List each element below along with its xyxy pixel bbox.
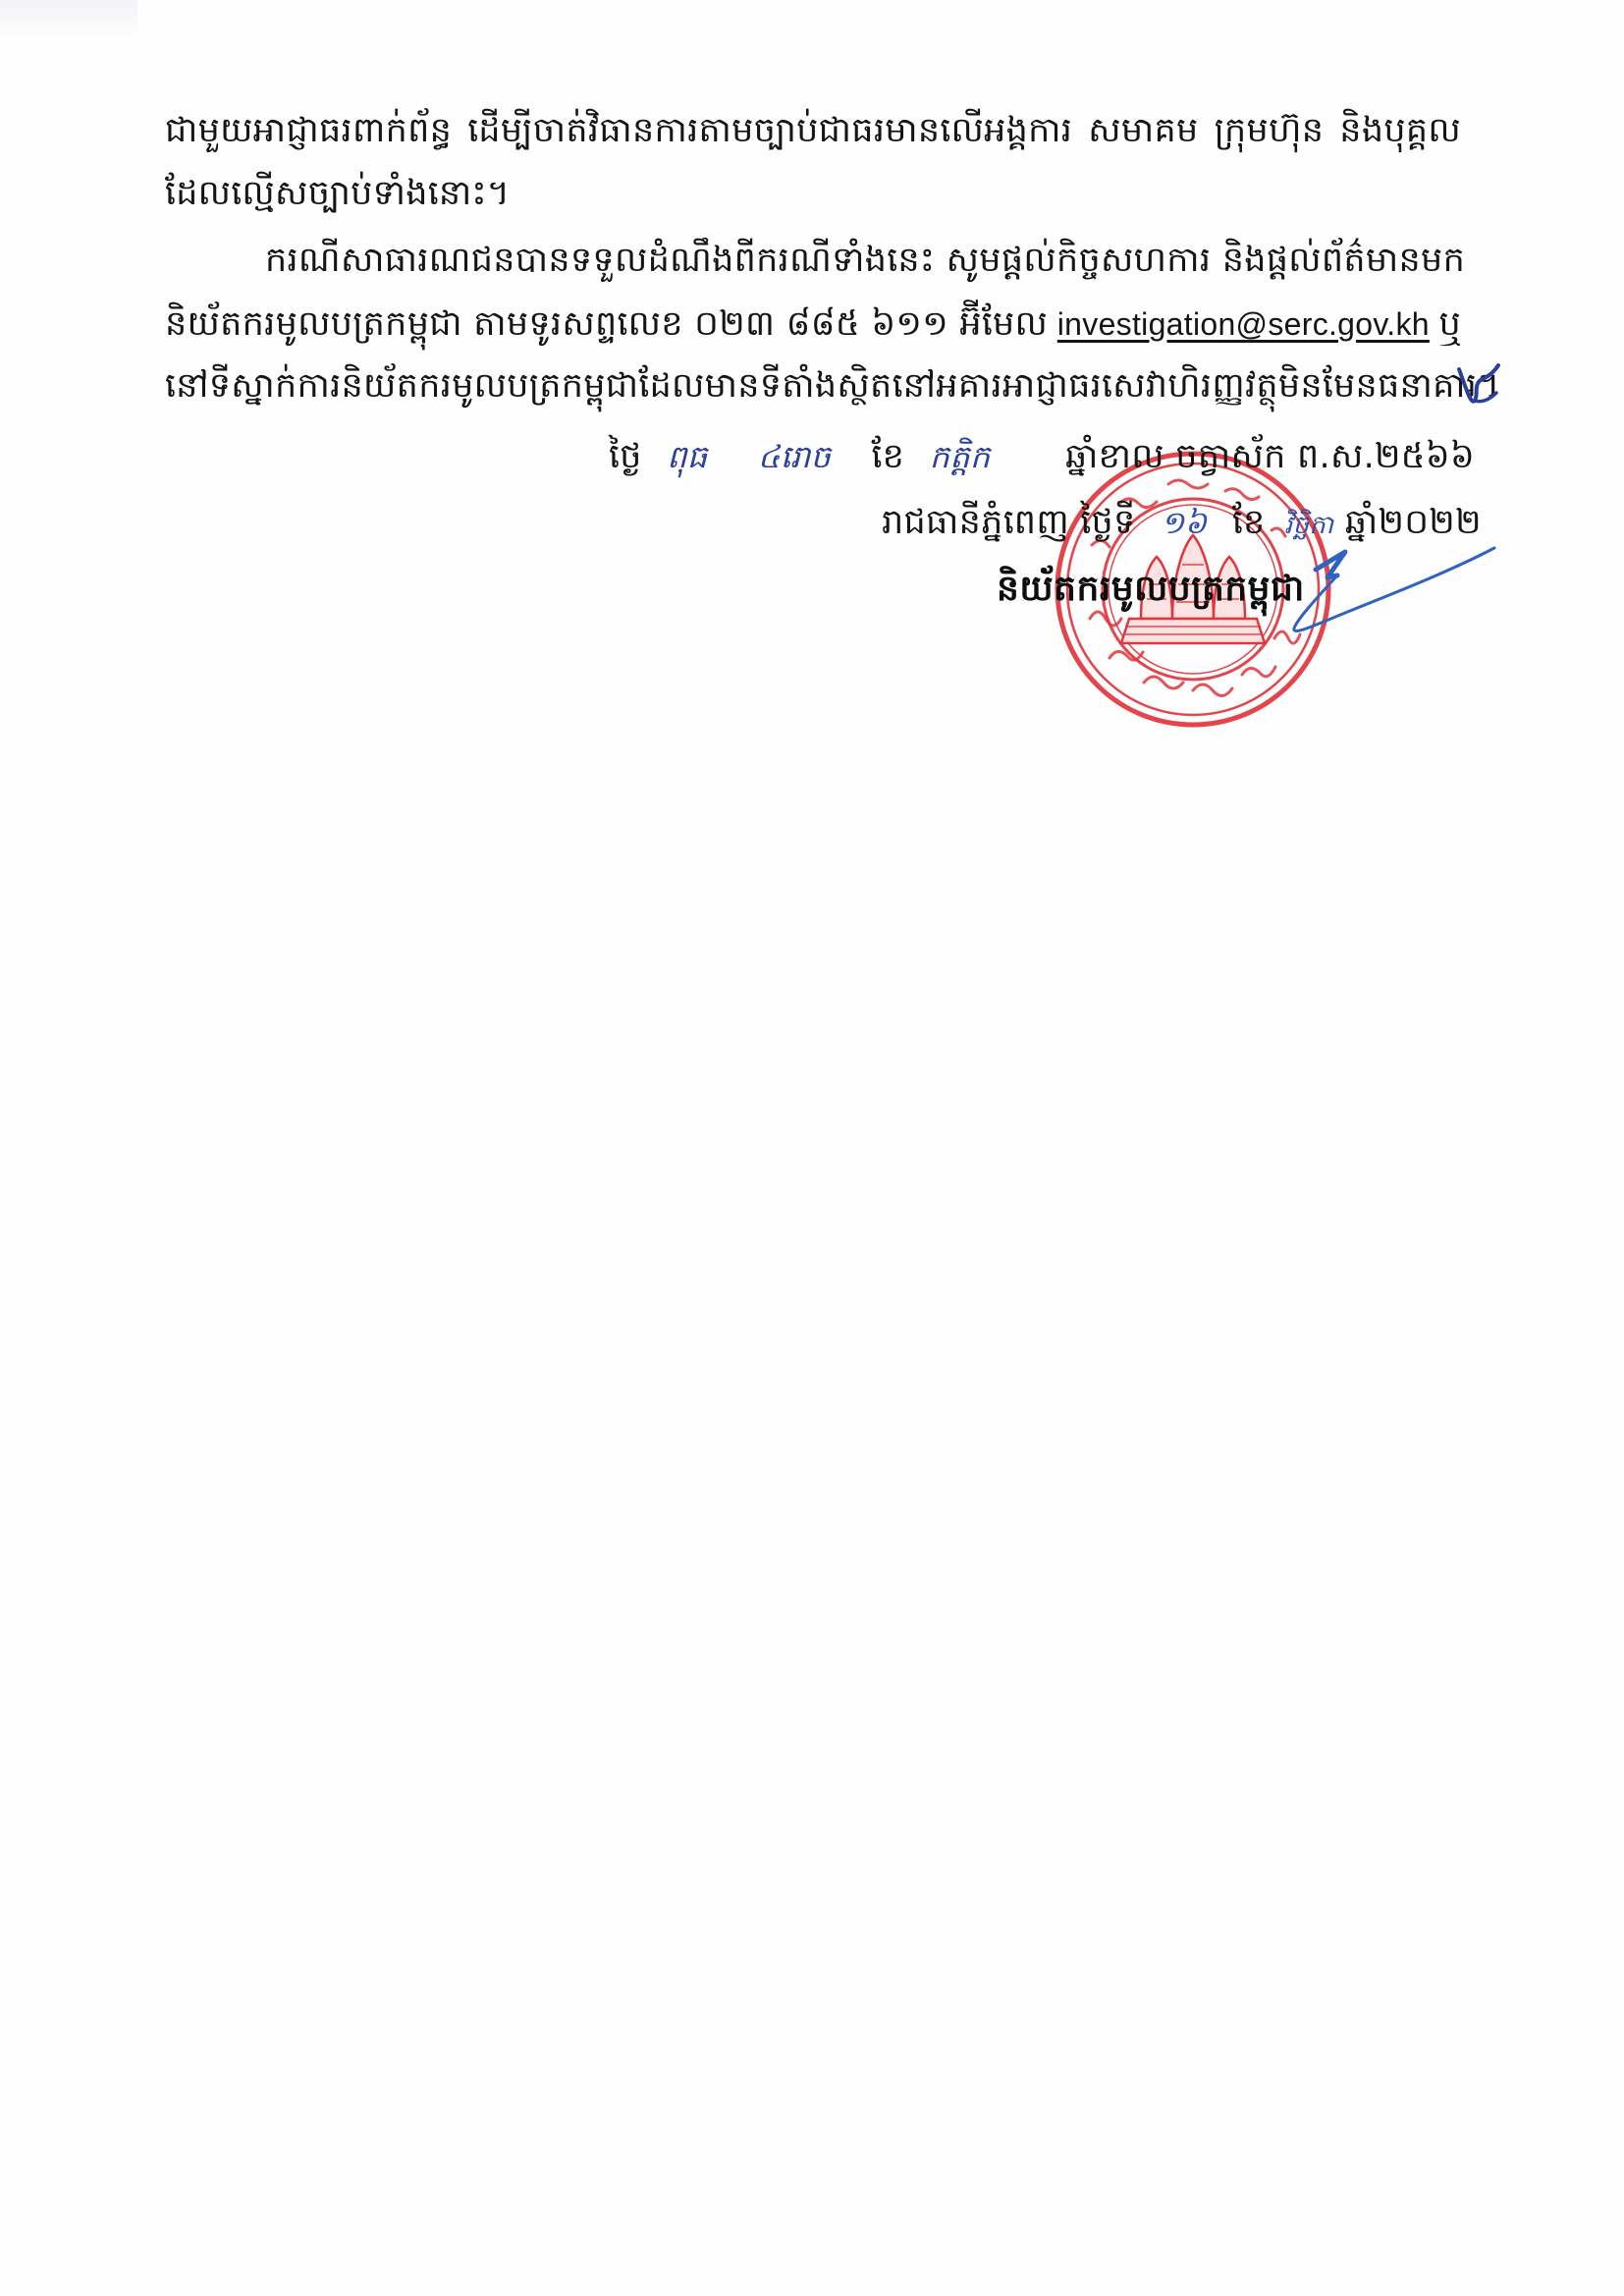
scan-artifact <box>0 0 137 39</box>
lunar-phase-handwritten: ៤រោច <box>758 438 831 475</box>
paragraph-2-line-1: ករណីសាធារណជនបានទទួលដំណឹងពីករណីទាំងនេះ សូ… <box>265 236 1461 285</box>
lunar-day-handwritten: ពុធ <box>667 438 707 475</box>
lunar-year-text: ឆ្នាំខាល ចត្វាស័ក ព.ស.២៥៦៦ <box>1065 432 1475 481</box>
or-conjunction: ឬ <box>1438 300 1461 349</box>
lunar-date-line: ថ្ងៃ ពុធ ៤រោច ខែ កត្តិក <box>609 432 990 481</box>
paragraph-1-line-1: ជាមួយអាជ្ញាធរពាក់ព័ន្ធ ដើម្បីចាត់វិធានកា… <box>165 106 1461 155</box>
lunar-month-label: ខែ <box>872 437 905 476</box>
place-and-day-label: រាជធានីភ្នំពេញ ថ្ងៃទី <box>882 503 1136 542</box>
signature-icon <box>1276 530 1502 648</box>
paragraph-2-line-3: នៅទីស្នាក់ការនិយ័តករមូលបត្រកម្ពុជាដែលមាន… <box>165 361 1441 410</box>
document-page: ជាមួយអាជ្ញាធរពាក់ព័ន្ធ ដើម្បីចាត់វិធានកា… <box>0 0 1624 2296</box>
solar-day-handwritten: ១៦ <box>1161 504 1207 541</box>
solar-month-label: ខែ <box>1232 503 1266 542</box>
email-link[interactable]: investigation@serc.gov.kh <box>1057 300 1430 349</box>
lunar-month-handwritten: កត្តិក <box>930 438 991 475</box>
paragraph-1-line-2: ដែលល្មើសច្បាប់ទាំងនោះ។ <box>165 169 510 218</box>
signatory-institution: និយ័តករមូលបត្រកម្ពុជា <box>997 566 1305 618</box>
contact-phone-text: និយ័តករមូលបត្រកម្ពុជា តាមទូរសព្ទលេខ ០២៣ … <box>165 300 1048 349</box>
handwritten-check-mark-icon <box>1453 361 1502 410</box>
paragraph-2-line-2: និយ័តករមូលបត្រកម្ពុជា តាមទូរសព្ទលេខ ០២៣ … <box>165 300 1461 349</box>
lunar-day-label: ថ្ងៃ <box>609 437 642 476</box>
